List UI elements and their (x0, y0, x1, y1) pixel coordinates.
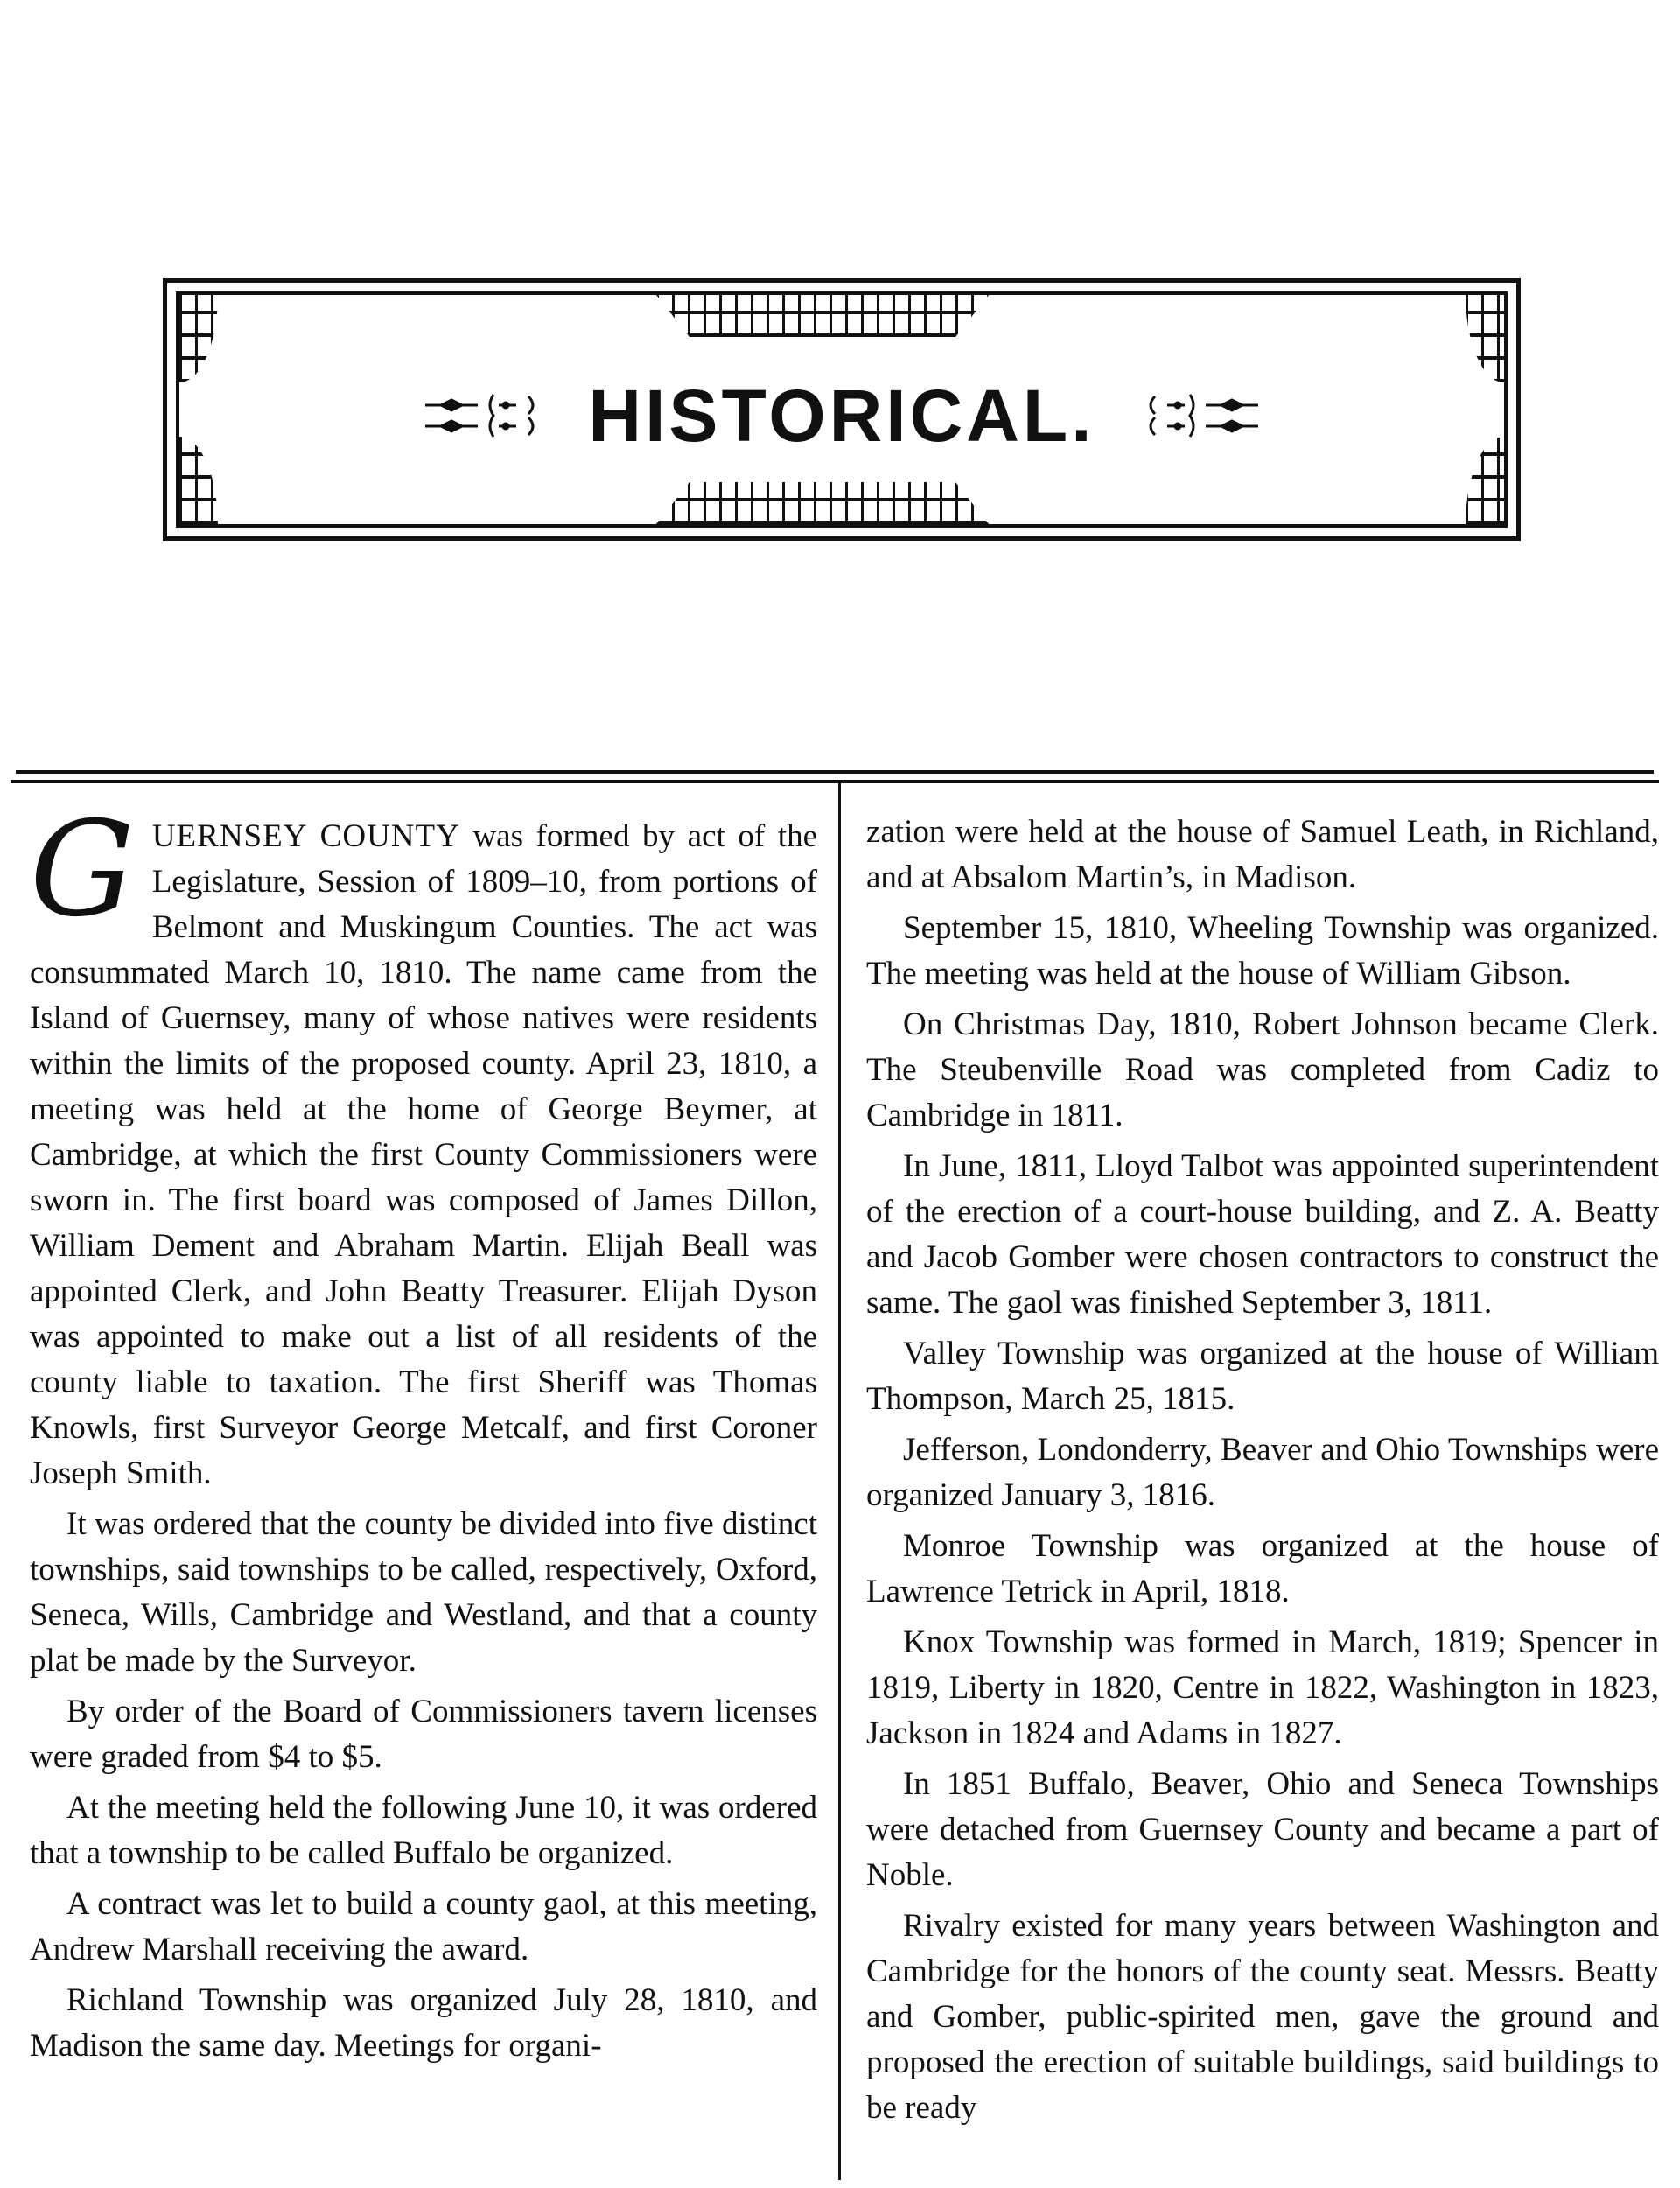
paragraph: Valley Township was organized at the hou… (866, 1331, 1659, 1422)
lead-paragraph: G UERNSEY COUNTY was formed by act of th… (30, 814, 817, 1497)
column-divider (838, 782, 841, 2180)
paragraph: In 1851 Buffalo, Beaver, Ohio and Seneca… (866, 1762, 1659, 1898)
header-rule (16, 770, 1654, 774)
right-column: zation were held at the house of Samuel … (866, 810, 1659, 2136)
lattice-bottom-ornament (656, 482, 989, 524)
paragraph: By order of the Board of Commissioners t… (30, 1689, 817, 1780)
paragraph: A contract was let to build a county gao… (30, 1882, 817, 1973)
paragraph: Knox Township was formed in March, 1819;… (866, 1620, 1659, 1757)
right-flourish-icon (1127, 391, 1258, 440)
banner-title-row: HISTORICAL. (179, 372, 1504, 459)
paragraph: September 15, 1810, Wheeling Township wa… (866, 906, 1659, 997)
paragraph: Richland Township was organized July 28,… (30, 1978, 817, 2069)
paragraph: Rivalry existed for many years between W… (866, 1904, 1659, 2131)
paragraph-continuation: zation were held at the house of Samuel … (866, 810, 1659, 901)
page-title: HISTORICAL. (588, 379, 1095, 452)
paragraph: On Christmas Day, 1810, Robert Johnson b… (866, 1002, 1659, 1139)
paragraph: It was ordered that the county be divide… (30, 1502, 817, 1684)
drop-cap: G (30, 817, 135, 931)
paragraph: At the meeting held the following June 1… (30, 1785, 817, 1876)
paragraph: Monroe Township was organized at the hou… (866, 1524, 1659, 1615)
paragraph: Jefferson, Londonderry, Beaver and Ohio … (866, 1427, 1659, 1518)
paragraph: In June, 1811, Lloyd Talbot was appointe… (866, 1144, 1659, 1326)
left-column: G UERNSEY COUNTY was formed by act of th… (30, 814, 817, 2074)
paragraph-text: was formed by act of the Legislature, Se… (30, 818, 817, 1491)
lattice-corner-ornament (1466, 295, 1504, 382)
left-flourish-icon (425, 391, 556, 440)
banner-frame: HISTORICAL. (176, 291, 1508, 528)
header-rule (10, 780, 1659, 783)
title-banner: HISTORICAL. (163, 278, 1521, 541)
lattice-top-ornament (656, 295, 989, 337)
lattice-corner-ornament (179, 295, 218, 382)
lead-caps: UERNSEY COUNTY (152, 818, 460, 854)
